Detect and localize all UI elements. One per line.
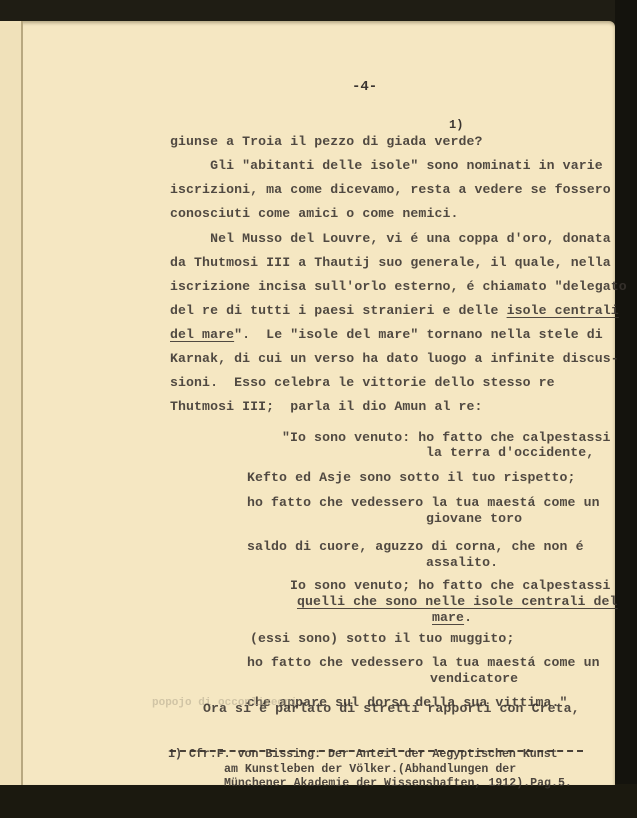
verse-line: vendicatore	[430, 671, 518, 686]
body-line: giunse a Troia il pezzo di giada verde?	[170, 134, 483, 149]
footnote-line: Münchener Akademie der Wissenshaften, 19…	[224, 777, 572, 790]
body-line: Ora si é parlato di stretti rapporti con…	[203, 701, 580, 716]
previous-page-edge	[0, 21, 23, 785]
body-line: sioni. Esso celebra le vittorie dello st…	[170, 375, 555, 390]
body-line: Gli "abitanti delle isole" sono nominati…	[170, 158, 603, 173]
verse-line-underlined: quelli che sono nelle isole centrali del	[297, 594, 618, 609]
verse-line: la terra d'occidente,	[426, 445, 594, 460]
body-line: da Thutmosi III a Thautij suo generale, …	[170, 255, 611, 270]
scan-border-top	[0, 0, 637, 22]
body-line: del mare". Le "isole del mare" tornano n…	[170, 327, 603, 342]
typewritten-page: -4- 1) giunse a Troia il pezzo di giada …	[0, 21, 615, 785]
underlined-text: isole centrali	[507, 303, 619, 318]
text: del re di tutti i paesi stranieri e dell…	[170, 303, 507, 318]
verse-line: assalito.	[426, 555, 498, 570]
body-line: Thutmosi III; parla il dio Amun al re:	[170, 399, 483, 414]
page-number: -4-	[352, 79, 377, 95]
body-line: iscrizioni, ma come dicevamo, resta a ve…	[170, 182, 611, 197]
body-line: Karnak, di cui un verso ha dato luogo a …	[170, 351, 619, 366]
verse-line: ho fatto che vedessero la tua maestá com…	[247, 495, 600, 510]
verse-line: giovane toro	[426, 511, 522, 526]
verse-line: saldo di cuore, aguzzo di corna, che non…	[247, 539, 584, 554]
body-line: iscrizione incisa sull'orlo esterno, é c…	[170, 279, 627, 294]
verse-line: Io sono venuto; ho fatto che calpestassi	[290, 578, 611, 593]
body-line: Nel Musso del Louvre, vi é una coppa d'o…	[170, 231, 611, 246]
underlined-text: mare	[432, 610, 464, 625]
text: ". Le "isole del mare" tornano nella ste…	[234, 327, 603, 342]
verse-line: mare.	[432, 610, 472, 625]
body-line: del re di tutti i paesi stranieri e dell…	[170, 303, 619, 318]
verse-line: ho fatto che vedessero la tua maestá com…	[247, 655, 600, 670]
footnote-line: 1) Cfr.F. von Bissing: Der Anteil der Ae…	[168, 748, 558, 761]
scan-border-right	[615, 0, 637, 818]
verse-line: (essi sono) sotto il tuo muggito;	[250, 631, 514, 646]
verse-line: Kefto ed Asje sono sotto il tuo rispetto…	[247, 470, 576, 485]
footnote-line: am Kunstleben der Völker.(Abhandlungen d…	[224, 763, 516, 776]
underlined-text: del mare	[170, 327, 234, 342]
body-line: conosciuti come amici o come nemici.	[170, 206, 459, 221]
text: .	[464, 610, 472, 625]
footnote-marker: 1)	[449, 118, 463, 132]
verse-line: "Io sono venuto: ho fatto che calpestass…	[282, 430, 611, 445]
